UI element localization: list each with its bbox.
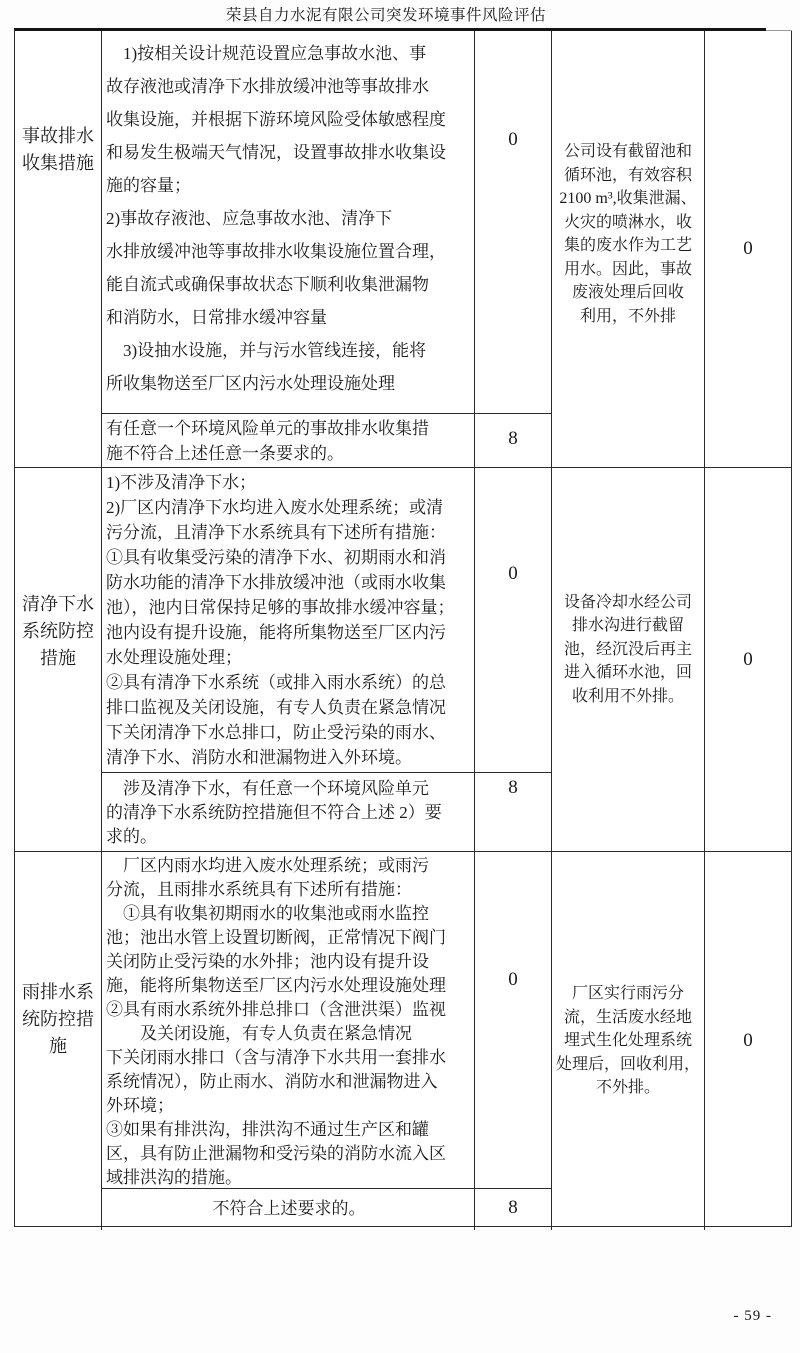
page-number: - 59 -	[734, 1308, 773, 1325]
unit-label-cell: 清净下水 系统防控 措施	[15, 468, 101, 851]
criteria-score-cell: 0	[474, 468, 551, 773]
fail-criteria-cell: 有任意一个环境风险单元的事故排水收集措 施不符合上述任意一条要求的。	[101, 413, 474, 467]
company-measures-cell: 设备冷却水经公司 排水沟进行截留 池，经沉没后再主 进入循环水池，回 收利用不外…	[551, 468, 704, 851]
company-score-cell: 0	[704, 31, 791, 467]
company-score-cell: 0	[704, 468, 791, 851]
page-header: 荣县自力水泥有限公司突发环境事件风险评估	[0, 3, 772, 25]
unit-label-cell: 事故排水 收集措施	[15, 31, 101, 467]
fail-score-cell: 8	[474, 413, 551, 467]
criteria-cell: 1)按相关设计规范设置应急事故水池、事 故存液池或清净下水排放缓冲池等事故排水 …	[101, 31, 474, 414]
fail-criteria-cell: 不符合上述要求的。	[101, 1188, 474, 1230]
company-score-cell: 0	[704, 852, 791, 1230]
fail-score-cell: 8	[474, 1188, 551, 1230]
company-measures-cell: 厂区实行雨污分 流，生活废水经地 埋式生化处理系统 处理后，回收利用， 不外排。	[551, 852, 704, 1230]
table-row: 事故排水 收集措施 1)按相关设计规范设置应急事故水池、事 故存液池或清净下水排…	[15, 31, 791, 468]
company-measures-cell: 公司设有截留池和 循环池，有效容积 2100 m³,收集泄漏、 火灾的喷淋水，收…	[551, 31, 704, 467]
criteria-score-cell: 0	[474, 852, 551, 1188]
table-row: 雨排水系 统防控措 施 厂区内雨水均进入废水处理系统；或雨污 分流，且雨排水系统…	[15, 852, 791, 1230]
criteria-cell: 1)不涉及清净下水； 2)厂区内清净下水均进入废水处理系统；或清 污分流，且清净…	[101, 468, 474, 773]
fail-criteria-cell: 涉及清净下水，有任意一个环境风险单元 的清净下水系统防控措施但不符合上述 2）要…	[101, 772, 474, 851]
unit-label-cell: 雨排水系 统防控措 施	[15, 852, 101, 1230]
risk-assessment-table: 事故排水 收集措施 1)按相关设计规范设置应急事故水池、事 故存液池或清净下水排…	[14, 28, 792, 1227]
criteria-score-cell: 0	[474, 31, 551, 414]
fail-score-cell: 8	[474, 772, 551, 851]
criteria-cell: 厂区内雨水均进入废水处理系统；或雨污 分流，且雨排水系统具有下述所有措施： ①具…	[101, 852, 474, 1188]
table-row: 清净下水 系统防控 措施 1)不涉及清净下水； 2)厂区内清净下水均进入废水处理…	[15, 468, 791, 852]
